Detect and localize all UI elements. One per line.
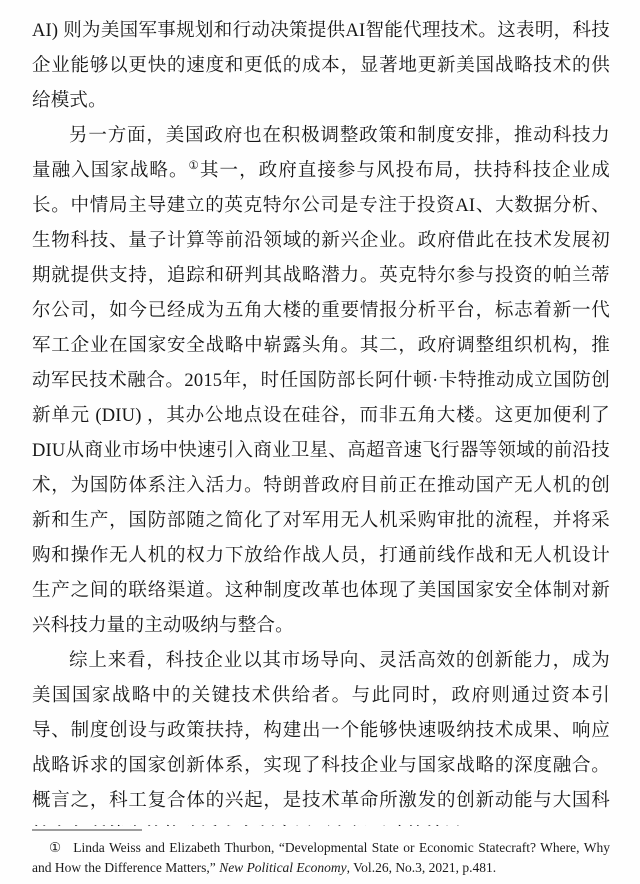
footnote-reference-mark: ① bbox=[189, 160, 200, 172]
paragraph-conclusion: 综上来看，科技企业以其市场导向、灵活高效的创新能力，成为美国国家战略中的关键技术… bbox=[32, 644, 610, 826]
footnote-separator-rule bbox=[32, 829, 142, 831]
footnote-citation: ①Linda Weiss and Elizabeth Thurbon, “Dev… bbox=[32, 838, 610, 878]
text-run: AI) 则为美国军事规划和行动决策提供AI智能代理技术。这表明，科技企业能够以更… bbox=[32, 21, 610, 111]
footnote-area: ①Linda Weiss and Elizabeth Thurbon, “Dev… bbox=[32, 829, 610, 878]
paragraph-continuation: AI) 则为美国军事规划和行动决策提供AI智能代理技术。这表明，科技企业能够以更… bbox=[32, 14, 610, 119]
document-page: AI) 则为美国军事规划和行动决策提供AI智能代理技术。这表明，科技企业能够以更… bbox=[0, 0, 640, 884]
footnote-citation-text: Linda Weiss and Elizabeth Thurbon, “Deve… bbox=[32, 840, 610, 875]
text-run: 综上来看，科技企业以其市场导向、灵活高效的创新能力，成为美国国家战略中的关键技术… bbox=[32, 651, 610, 826]
text-run: , Vol.26, No.3, 2021, p.481. bbox=[347, 860, 497, 875]
body-text: AI) 则为美国军事规划和行动决策提供AI智能代理技术。这表明，科技企业能够以更… bbox=[32, 14, 610, 826]
paragraph-government-policy: 另一方面，美国政府也在积极调整政策和制度安排，推动科技力量融入国家战略。①其一，… bbox=[32, 119, 610, 644]
italic-text-run: New Political Economy bbox=[219, 860, 346, 875]
footnote-number-marker: ① bbox=[49, 840, 62, 855]
text-run: 其一，政府直接参与风投布局，扶持科技企业成长。中情局主导建立的英克特尔公司是专注… bbox=[32, 161, 610, 636]
